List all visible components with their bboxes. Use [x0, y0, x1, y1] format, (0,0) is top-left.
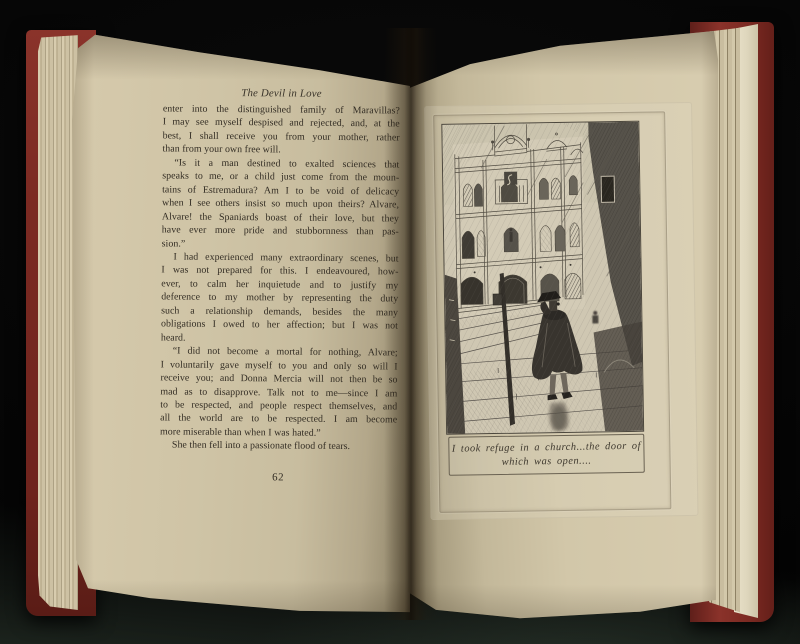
left-page-text: The Devil in Love enter into the disting… — [65, 32, 410, 617]
plate-caption: I took refuge in a church...the door ofw… — [448, 434, 645, 476]
tipped-in-plate: I took refuge in a church...the door ofw… — [424, 102, 698, 520]
text-line: She then fell into a passionate flood of… — [160, 439, 397, 455]
page-edges-left — [38, 34, 78, 610]
text-line: receive you; and Donna Mercia will not t… — [160, 371, 397, 387]
illustration-frame — [441, 121, 644, 435]
church-etching-illustration — [442, 122, 643, 434]
right-page: I took refuge in a church...the door ofw… — [404, 28, 720, 620]
running-head: The Devil in Love — [163, 86, 400, 100]
left-page: The Devil in Love enter into the disting… — [70, 33, 410, 615]
rain — [442, 122, 643, 434]
page-number: 62 — [160, 470, 397, 484]
text-line: obligations I owed to her affection; but… — [161, 318, 398, 334]
caption-line: which was open.... — [450, 453, 644, 470]
open-book: The Devil in Love enter into the disting… — [0, 0, 800, 644]
text-line: have ever more pride and stubbornness th… — [162, 223, 399, 239]
body-text: enter into the distinguished family of M… — [160, 102, 400, 454]
photo-of-open-book: { "scene": { "background_color": "#05050… — [0, 0, 800, 644]
